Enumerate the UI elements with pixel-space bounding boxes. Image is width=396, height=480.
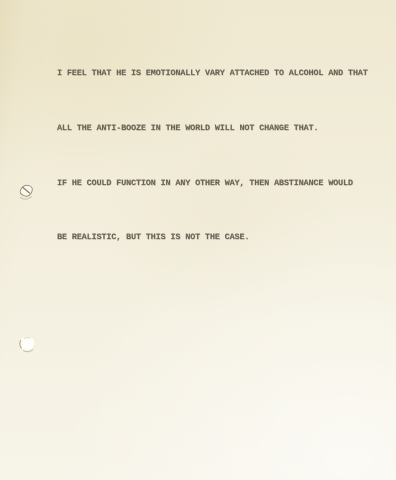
- typewritten-paragraph: I FEEL THAT HE IS EMOTIONALLY VARY ATTAC…: [57, 28, 368, 283]
- staple-hole-top: [15, 181, 39, 212]
- staple-hole-bottom: [14, 330, 42, 365]
- torn-hole-icon: [14, 330, 42, 360]
- text-line-3: IF HE COULD FUNCTION IN ANY OTHER WAY, T…: [57, 174, 368, 192]
- text-line-4: BE REALISTIC, BUT THIS IS NOT THE CASE.: [57, 228, 368, 246]
- text-line-1: I FEEL THAT HE IS EMOTIONALLY VARY ATTAC…: [57, 64, 368, 82]
- scanned-page: I FEEL THAT HE IS EMOTIONALLY VARY ATTAC…: [0, 0, 396, 480]
- torn-hole-icon: [15, 181, 39, 207]
- text-line-2: ALL THE ANTI-BOOZE IN THE WORLD WILL NOT…: [57, 119, 368, 137]
